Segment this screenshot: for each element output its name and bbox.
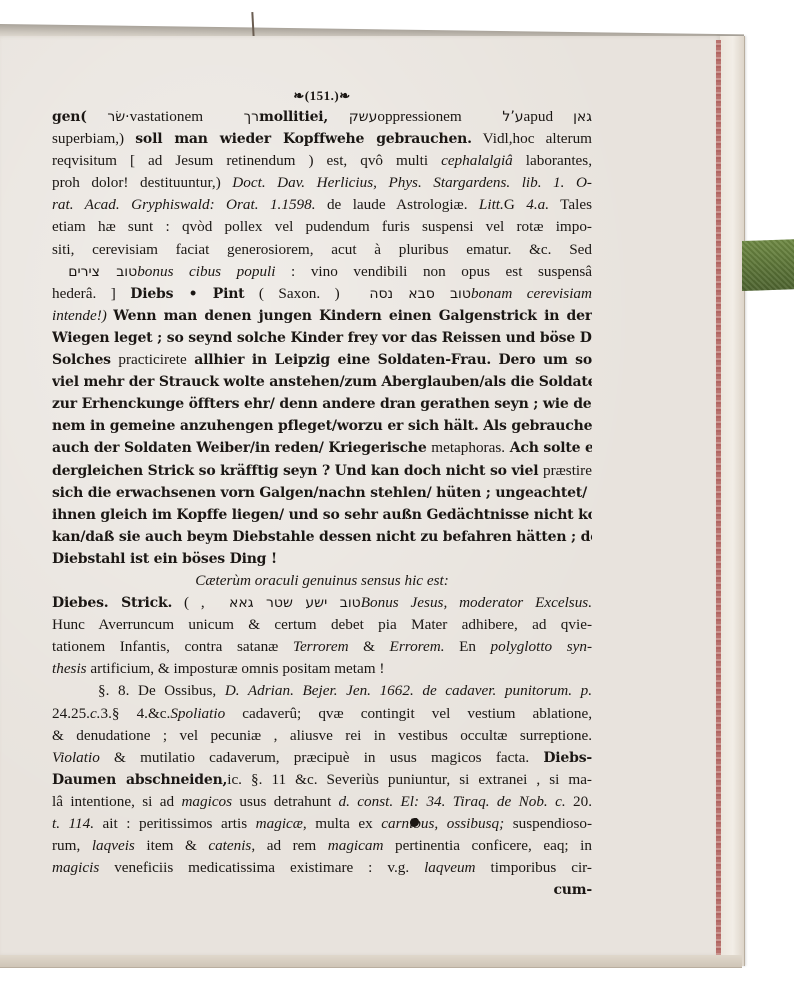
roman-text: usus detrahunt: [232, 793, 338, 810]
blackletter-text: Ach solte ein: [505, 440, 592, 456]
text-line: kan/daß sie auch beym Diebstahle dessen …: [52, 526, 592, 548]
text-line: rum, laqveis item & catenis, ad rem magi…: [52, 835, 592, 857]
italic-text: Litt.: [479, 196, 504, 213]
text-line: §. 8. De Ossibus, D. Adrian. Bejer. Jen.…: [52, 680, 592, 702]
text-line: Diebes. Strick. ( , טוב ישע שטר גאא Bonu…: [52, 592, 592, 614]
italic-text: catenis: [208, 837, 251, 854]
italic-text: Violatio: [52, 749, 100, 766]
roman-text: ait : peritissimos artis: [94, 815, 256, 832]
roman-text: Hunc Averruncum unicum & certum debet pi…: [52, 616, 592, 633]
roman-text: ( ,: [172, 594, 216, 611]
roman-text: , ad rem: [251, 837, 327, 854]
text-line: Violatio & mutilatio cadaverum, præcipuè…: [52, 747, 592, 769]
page-bottom-edge: [0, 955, 742, 968]
italic-text: D. Adrian. Bejer. Jen. 1662. de cadaver.…: [225, 682, 592, 699]
hebrew-text: רך: [223, 109, 259, 125]
text-line: & denudatione ; vel pecuniæ , aliusve re…: [52, 725, 592, 747]
roman-text: oppressionem: [377, 108, 481, 125]
blackletter-text: zur Erhenckunge öffters ehr/ denn andere…: [52, 396, 592, 412]
text-line: reqvisitum [ ad Jesum retinendum ) est, …: [52, 150, 592, 172]
roman-text: 3.§ 4.&c.: [101, 705, 171, 722]
italic-text: magicam: [328, 837, 384, 854]
blackletter-text: mollitiei,: [259, 109, 328, 125]
text-line: Wiegen leget ; so seynd solche Kinder fr…: [52, 327, 592, 349]
italic-text: thesis: [52, 660, 87, 677]
italic-text: rat. Acad. Gryphiswald: Orat. 1.1598.: [52, 196, 316, 213]
roman-text: Vidl,hoc alterum: [472, 130, 592, 147]
blackletter-text: allhier in Leipzig eine Soldaten-Frau. D…: [187, 352, 592, 368]
text-line: Daumen abschneiden,ic. §. 11 &c. Severiù…: [52, 769, 592, 791]
roman-text: laborantes,: [513, 152, 592, 169]
bookmark-thread: [251, 12, 254, 38]
italic-text: d. const. El: 34. Tiraq. de Nob. c.: [339, 793, 566, 810]
catchword-text: cum-: [553, 882, 592, 898]
hebrew-text: גאן: [573, 109, 592, 125]
blackletter-text: soll man wieder Kopffwehe gebrauchen.: [135, 131, 472, 147]
catchword: cum-: [52, 879, 592, 901]
roman-text: & denudatione ; vel pecuniæ , aliusve re…: [52, 727, 592, 744]
italic-text: bonam cerevisiam: [471, 285, 592, 302]
text-line: hederâ. ] Diebs • Pint ( Saxon. ) טוב סב…: [52, 283, 592, 305]
roman-text: §. 11 &c. Severiùs puniuntur, si extrane…: [242, 771, 592, 788]
roman-text: item &: [135, 837, 208, 854]
blackletter-text: Diebes. Strick.: [52, 595, 172, 611]
italic-text: magicæ: [256, 815, 303, 832]
roman-text: tationem Infantis, contra satanæ: [52, 638, 293, 655]
roman-text: & mutilatio cadaverum, præcipuè in usus …: [100, 749, 544, 766]
text-line: superbiam,) soll man wieder Kopffwehe ge…: [52, 128, 592, 150]
text-line: zur Erhenckunge öffters ehr/ denn andere…: [52, 393, 592, 415]
blackletter-text: sich die erwachsenen vorn Galgen/nachn s…: [52, 485, 592, 501]
text-block: ❧(151.)❧ gen(·שׂר vastationem רך molliti…: [52, 88, 592, 901]
roman-text: apud: [524, 108, 574, 125]
hebrew-text: ·שׂר: [87, 109, 130, 125]
roman-text: &: [349, 638, 390, 655]
blackletter-text: dergleichen Strick so kräfftig seyn ? Un…: [52, 463, 543, 479]
hebrew-text: טוב סבא נסה: [354, 286, 471, 302]
italic-text: magicis: [52, 859, 99, 876]
text-line: t. 114. ait : peritissimos artis magicæ,…: [52, 813, 592, 835]
blackletter-text: Wiegen leget ; so seynd solche Kinder fr…: [52, 330, 592, 346]
roman-text: practicirete: [118, 351, 186, 368]
italic-text: carnibus, ossibusq;: [381, 815, 504, 832]
text-line: lâ intentione, si ad magicos usus detrah…: [52, 791, 592, 813]
text-line: magicis veneficiis medicatissima existim…: [52, 857, 592, 879]
text-line: sich die erwachsenen vorn Galgen/nachn s…: [52, 482, 592, 504]
italic-text: 4.a.: [526, 196, 549, 213]
blackletter-text: Solches: [52, 352, 118, 368]
text-line: 24.25.c.3.§ 4.&c.Spoliatio cadaverû; qvæ…: [52, 703, 592, 725]
roman-text: Tales: [549, 196, 592, 213]
roman-text: ( Saxon. ): [244, 285, 354, 302]
italic-text: polyglotto syn-: [491, 638, 592, 655]
roman-text: : vino vendibili non opus est suspensâ: [275, 263, 592, 280]
blackletter-text: ihnen gleich im Kopffe liegen/ und so se…: [52, 507, 592, 523]
text-line: gen(·שׂר vastationem רך mollitiei,עשק op…: [52, 106, 592, 128]
text-line: etiam hæ sunt : qvòd pollex vel pudendum…: [52, 216, 592, 238]
roman-text: artificium, & imposturæ omnis positam me…: [87, 660, 385, 677]
italic-text: Bonus Jesus, moderator Excelsus.: [361, 594, 592, 611]
italic-text: t. 114.: [52, 815, 94, 832]
roman-text: suspendioso-: [504, 815, 592, 832]
italic-text: Spoliatio: [170, 705, 225, 722]
blackletter-text: auch der Soldaten Weiber/in reden/ Krieg…: [52, 440, 431, 456]
text-line: tationem Infantis, contra satanæ Terrore…: [52, 636, 592, 658]
running-head-page-number: ❧(151.)❧: [52, 88, 592, 104]
text-line: auch der Soldaten Weiber/in reden/ Krieg…: [52, 437, 592, 459]
text-line: Cæterùm oraculi genuinus sensus hic est:: [52, 570, 592, 592]
italic-text: intende!): [52, 307, 113, 324]
italic-text: Errorem.: [390, 638, 445, 655]
roman-text: , multa ex: [303, 815, 381, 832]
text-line: thesis artificium, & imposturæ omnis pos…: [52, 658, 592, 680]
red-sprinkled-edge: [716, 40, 721, 955]
roman-text: siti, cerevisiam faciat generosiorem, ac…: [52, 241, 592, 258]
blackletter-text: Wenn man denen jungen Kindern einen Galg…: [113, 308, 592, 324]
blackletter-text: viel mehr der Strauck wolte anstehen/zum…: [52, 374, 592, 390]
italic-text: Cæterùm oraculi genuinus sensus hic est:: [195, 572, 449, 589]
text-line: Diebstahl ist ein böses Ding !: [52, 548, 592, 570]
text-line: siti, cerevisiam faciat generosiorem, ac…: [52, 239, 592, 261]
hebrew-text: טוב ישע שטר גאא: [217, 595, 361, 611]
green-ribbon-bookmark[interactable]: [742, 239, 794, 291]
blackletter-text: Diebs-: [543, 750, 592, 766]
text-line: ihnen gleich im Kopffe liegen/ und so se…: [52, 504, 592, 526]
roman-text: superbiam,): [52, 130, 135, 147]
roman-text: præstiren: [543, 462, 592, 479]
italic-text: Terrorem: [293, 638, 349, 655]
blackletter-text: Daumen abschneiden,: [52, 772, 227, 788]
italic-text: Doct. Dav. Herlicius, Phys. Stargardens.…: [232, 174, 592, 191]
roman-text: etiam hæ sunt : qvòd pollex vel pudendum…: [52, 218, 592, 235]
text-line: Solches practicirete allhier in Leipzig …: [52, 349, 592, 371]
roman-text: metaphoras.: [431, 439, 505, 456]
italic-text: c.: [90, 705, 101, 722]
hebrew-text: ע’ל: [482, 109, 524, 125]
roman-text: pertinentia conficere, eaq; in: [383, 837, 592, 854]
roman-text: 24.25.: [52, 705, 90, 722]
hebrew-text: עשק: [328, 109, 377, 125]
roman-text: lâ intentione, si ad: [52, 793, 181, 810]
roman-text: cadaverû; qvæ contingit vel vestium abla…: [225, 705, 592, 722]
italic-text: magicos: [181, 793, 232, 810]
text-line: טוב צירים bonus cibus populi : vino vend…: [52, 261, 592, 283]
roman-text: veneficiis medicatissima existimare : v.…: [99, 859, 424, 876]
text-line: dergleichen Strick so kräfftig seyn ? Un…: [52, 460, 592, 482]
hebrew-text: טוב צירים: [52, 264, 137, 280]
roman-text: proh dolor! destituuntur,): [52, 174, 232, 191]
body-text: gen(·שׂר vastationem רך mollitiei,עשק op…: [52, 106, 592, 879]
text-line: Hunc Averruncum unicum & certum debet pi…: [52, 614, 592, 636]
roman-text: En: [445, 638, 491, 655]
italic-text: laqveis: [92, 837, 135, 854]
blackletter-text: Diebstahl ist ein böses Ding !: [52, 551, 277, 567]
text-line: nem in gemeine anzuhengen pfleget/worzu …: [52, 415, 592, 437]
blackletter-text: Diebs • Pint: [130, 286, 244, 302]
roman-text: G: [504, 196, 526, 213]
roman-text: reqvisitum [ ad Jesum retinendum ) est, …: [52, 152, 441, 169]
text-line: rat. Acad. Gryphiswald: Orat. 1.1598. de…: [52, 194, 592, 216]
text-line: intende!) Wenn man denen jungen Kindern …: [52, 305, 592, 327]
blackletter-text: kan/daß sie auch beym Diebstahle dessen …: [52, 529, 592, 545]
roman-text: de laude Astrologiæ.: [316, 196, 479, 213]
roman-text: 20.: [566, 793, 592, 810]
roman-text: timporibus cir-: [476, 859, 592, 876]
italic-text: bonus cibus populi: [137, 263, 275, 280]
text-line: viel mehr der Strauck wolte anstehen/zum…: [52, 371, 592, 393]
roman-text: hederâ. ]: [52, 285, 130, 302]
roman-text: §. 8. De Ossibus,: [98, 682, 225, 699]
roman-text: ic.: [227, 771, 242, 788]
italic-text: laqveum: [424, 859, 475, 876]
italic-text: cephalalgiâ: [441, 152, 513, 169]
blackletter-text: nem in gemeine anzuhengen pfleget/worzu …: [52, 418, 592, 434]
roman-text: rum,: [52, 837, 92, 854]
blackletter-text: gen(: [52, 109, 87, 125]
roman-text: vastationem: [130, 108, 223, 125]
text-line: proh dolor! destituuntur,) Doct. Dav. He…: [52, 172, 592, 194]
